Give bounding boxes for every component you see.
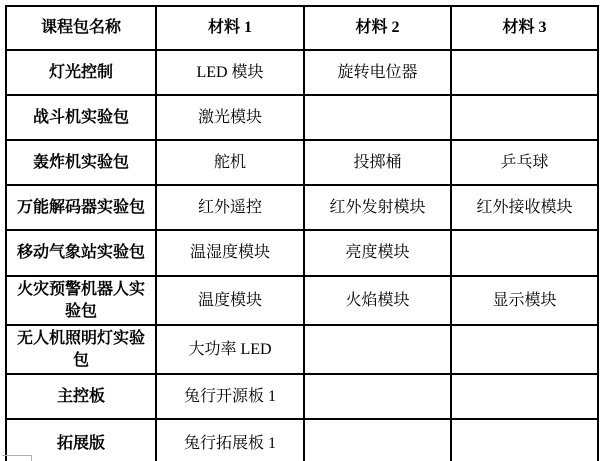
table-corner-handle — [2, 455, 32, 461]
cell-material-1: 舵机 — [156, 140, 304, 185]
cell-material-2: 火焰模块 — [304, 276, 451, 325]
header-course-package-name: 课程包名称 — [6, 6, 156, 50]
cell-material-1: 温湿度模块 — [156, 230, 304, 276]
cell-material-2: 旋转电位器 — [304, 50, 451, 95]
cell-material-2: 亮度模块 — [304, 230, 451, 276]
table-row: 轰炸机实验包 舵机 投掷桶 乒乓球 — [6, 140, 598, 185]
cell-material-1: 兔行拓展板 1 — [156, 419, 304, 461]
cell-material-2 — [304, 325, 451, 374]
cell-material-1: 激光模块 — [156, 95, 304, 140]
header-material-2: 材料 2 — [304, 6, 451, 50]
table-row: 移动气象站实验包 温湿度模块 亮度模块 — [6, 230, 598, 276]
cell-material-2 — [304, 419, 451, 461]
cell-material-1: 红外遥控 — [156, 185, 304, 230]
cell-material-3 — [451, 230, 598, 276]
cell-material-1: 大功率 LED — [156, 325, 304, 374]
table-row: 灯光控制 LED 模块 旋转电位器 — [6, 50, 598, 95]
document-page: 课程包名称 材料 1 材料 2 材料 3 灯光控制 LED 模块 旋转电位器 战… — [0, 0, 602, 461]
table-row: 主控板 兔行开源板 1 — [6, 374, 598, 419]
cell-package-name: 战斗机实验包 — [6, 95, 156, 140]
cell-package-name: 无人机照明灯实验包 — [6, 325, 156, 374]
header-material-3: 材料 3 — [451, 6, 598, 50]
cell-package-name: 移动气象站实验包 — [6, 230, 156, 276]
header-material-1: 材料 1 — [156, 6, 304, 50]
cell-material-1: 兔行开源板 1 — [156, 374, 304, 419]
cell-material-2: 红外发射模块 — [304, 185, 451, 230]
cell-package-name: 灯光控制 — [6, 50, 156, 95]
cell-material-2 — [304, 95, 451, 140]
table-row: 万能解码器实验包 红外遥控 红外发射模块 红外接收模块 — [6, 185, 598, 230]
cell-material-3 — [451, 325, 598, 374]
course-materials-table: 课程包名称 材料 1 材料 2 材料 3 灯光控制 LED 模块 旋转电位器 战… — [5, 5, 599, 461]
cell-package-name: 主控板 — [6, 374, 156, 419]
table-row: 战斗机实验包 激光模块 — [6, 95, 598, 140]
table-row: 火灾预警机器人实验包 温度模块 火焰模块 显示模块 — [6, 276, 598, 325]
cell-material-1: LED 模块 — [156, 50, 304, 95]
cell-package-name: 轰炸机实验包 — [6, 140, 156, 185]
cell-package-name: 火灾预警机器人实验包 — [6, 276, 156, 325]
cell-material-3 — [451, 419, 598, 461]
table-header-row: 课程包名称 材料 1 材料 2 材料 3 — [6, 6, 598, 50]
cell-material-3: 乒乓球 — [451, 140, 598, 185]
cell-material-3: 显示模块 — [451, 276, 598, 325]
cell-material-2 — [304, 374, 451, 419]
cell-material-3: 红外接收模块 — [451, 185, 598, 230]
table-row: 无人机照明灯实验包 大功率 LED — [6, 325, 598, 374]
table-row: 拓展版 兔行拓展板 1 — [6, 419, 598, 461]
cell-material-1: 温度模块 — [156, 276, 304, 325]
cell-material-3 — [451, 374, 598, 419]
cell-material-3 — [451, 50, 598, 95]
cell-material-2: 投掷桶 — [304, 140, 451, 185]
cell-material-3 — [451, 95, 598, 140]
cell-package-name: 万能解码器实验包 — [6, 185, 156, 230]
